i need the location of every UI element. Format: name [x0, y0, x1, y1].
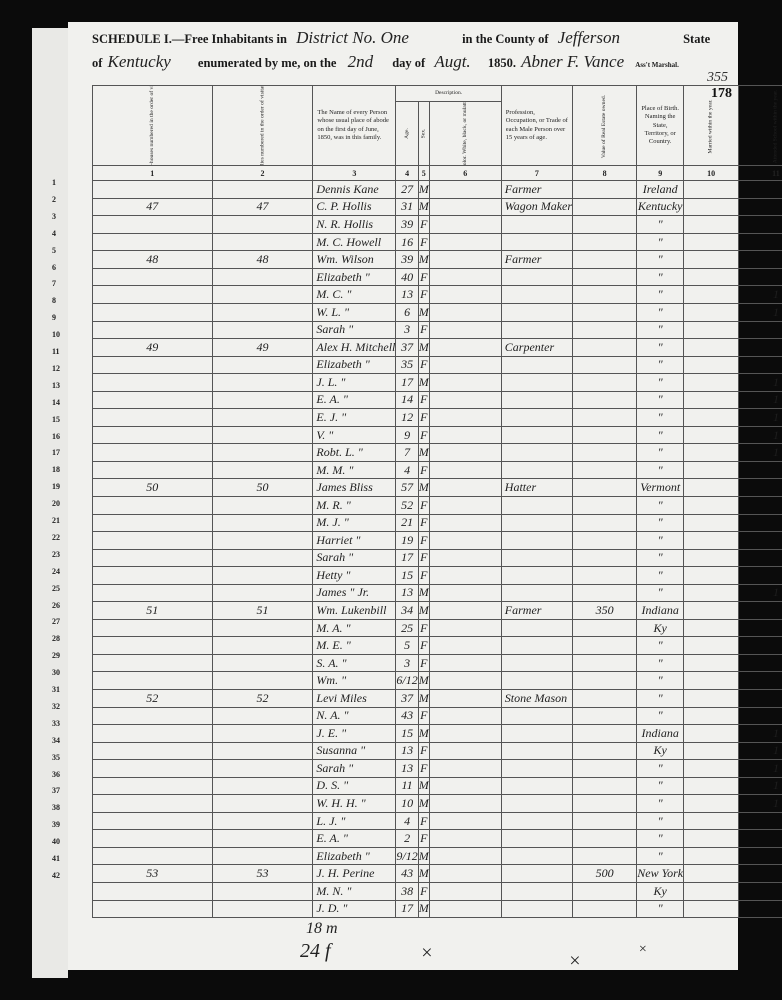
birthplace: " — [637, 900, 684, 918]
attended-school — [739, 233, 782, 251]
real-estate-value — [573, 374, 637, 392]
family-number — [212, 654, 313, 672]
column-number: 7 — [501, 166, 572, 181]
person-name: Elizabeth " — [313, 268, 396, 286]
attended-school — [739, 619, 782, 637]
birthplace: " — [637, 567, 684, 585]
color — [429, 479, 501, 497]
tally-mark: × — [568, 950, 582, 973]
sex: F — [418, 760, 429, 778]
person-name: Wm. Wilson — [313, 251, 396, 269]
strip-line-number: 9 — [52, 313, 56, 322]
strip-line-number: 36 — [52, 770, 60, 779]
occupation — [501, 567, 572, 585]
occupation — [501, 883, 572, 901]
age: 13 — [396, 584, 418, 602]
dwelling-number: 53 — [93, 865, 213, 883]
birthplace: " — [637, 549, 684, 567]
color — [429, 303, 501, 321]
married — [684, 461, 739, 479]
family-number — [212, 444, 313, 462]
females-tally: 24 f — [300, 940, 331, 963]
attended-school: 1 — [739, 777, 782, 795]
family-number — [212, 549, 313, 567]
age: 25 — [396, 619, 418, 637]
age: 43 — [396, 707, 418, 725]
birthplace: " — [637, 444, 684, 462]
sex: M — [418, 900, 429, 918]
birthplace: " — [637, 233, 684, 251]
birthplace: " — [637, 268, 684, 286]
attended-school — [739, 812, 782, 830]
birthplace: " — [637, 812, 684, 830]
occupation: Wagon Maker — [501, 198, 572, 216]
real-estate-value — [573, 233, 637, 251]
sex: M — [418, 689, 429, 707]
age: 43 — [396, 865, 418, 883]
person-name: S. A. " — [313, 654, 396, 672]
person-name: Sarah " — [313, 760, 396, 778]
color — [429, 268, 501, 286]
person-name: James " Jr. — [313, 584, 396, 602]
birthplace: " — [637, 409, 684, 427]
sex: F — [418, 286, 429, 304]
census-row: Sarah "3F"9 — [93, 321, 782, 339]
color — [429, 496, 501, 514]
real-estate-value — [573, 198, 637, 216]
strip-line-number: 19 — [52, 482, 60, 491]
person-name: Levi Miles — [313, 689, 396, 707]
married — [684, 654, 739, 672]
age: 21 — [396, 514, 418, 532]
real-estate-value — [573, 742, 637, 760]
sex: M — [418, 602, 429, 620]
col-occupation-header: Profession, Occupation, or Trade of each… — [501, 86, 572, 166]
person-name: Wm. " — [313, 672, 396, 690]
column-number: 3 — [313, 166, 396, 181]
family-number — [212, 567, 313, 585]
family-number — [212, 725, 313, 743]
family-number: 53 — [212, 865, 313, 883]
real-estate-value — [573, 268, 637, 286]
occupation — [501, 321, 572, 339]
column-number: 4 — [396, 166, 418, 181]
married — [684, 233, 739, 251]
attended-school: 1 — [739, 760, 782, 778]
person-name: J. E. " — [313, 725, 396, 743]
age: 37 — [396, 339, 418, 357]
census-row: L. J. "4F"37 — [93, 812, 782, 830]
birthplace: " — [637, 339, 684, 357]
col-school-header: Attended School within the year. — [739, 86, 782, 166]
married — [684, 514, 739, 532]
birthplace: " — [637, 760, 684, 778]
occupation — [501, 356, 572, 374]
birthplace: " — [637, 286, 684, 304]
dwelling-number — [93, 496, 213, 514]
sex: F — [418, 268, 429, 286]
person-name: M. J. " — [313, 514, 396, 532]
person-name: D. S. " — [313, 777, 396, 795]
dwelling-number — [93, 549, 213, 567]
occupation — [501, 637, 572, 655]
age: 2 — [396, 830, 418, 848]
dwelling-number — [93, 321, 213, 339]
census-row: Wm. "6/12M"29 — [93, 672, 782, 690]
sex: M — [418, 181, 429, 199]
strip-line-number: 2 — [52, 195, 56, 204]
attended-school — [739, 321, 782, 339]
real-estate-value — [573, 672, 637, 690]
occupation — [501, 286, 572, 304]
person-name: L. J. " — [313, 812, 396, 830]
color — [429, 461, 501, 479]
married — [684, 619, 739, 637]
age: 17 — [396, 549, 418, 567]
attended-school: 1 — [739, 303, 782, 321]
married — [684, 339, 739, 357]
sex: F — [418, 549, 429, 567]
attended-school — [739, 847, 782, 865]
dwelling-number — [93, 374, 213, 392]
age: 9 — [396, 426, 418, 444]
color — [429, 795, 501, 813]
person-name: Elizabeth " — [313, 847, 396, 865]
census-row: Dennis Kane27MFarmerIreland1 — [93, 181, 782, 199]
color — [429, 567, 501, 585]
attended-school — [739, 602, 782, 620]
dwelling-number — [93, 883, 213, 901]
dwelling-number — [93, 356, 213, 374]
census-row: M. N. "38FKy41 — [93, 883, 782, 901]
strip-line-number: 35 — [52, 753, 60, 762]
age: 17 — [396, 900, 418, 918]
occupation — [501, 760, 572, 778]
real-estate-value — [573, 725, 637, 743]
real-estate-value — [573, 391, 637, 409]
color — [429, 251, 501, 269]
person-name: J. D. " — [313, 900, 396, 918]
dwelling-number — [93, 777, 213, 795]
real-estate-value — [573, 321, 637, 339]
occupation — [501, 707, 572, 725]
married — [684, 707, 739, 725]
occupation — [501, 426, 572, 444]
sex: F — [418, 812, 429, 830]
sex: M — [418, 795, 429, 813]
sex: M — [418, 847, 429, 865]
real-estate-value — [573, 303, 637, 321]
person-name: J. H. Perine — [313, 865, 396, 883]
dwelling-number — [93, 742, 213, 760]
census-row: Elizabeth "9/12M"39 — [93, 847, 782, 865]
occupation — [501, 812, 572, 830]
census-row: E. J. "12F"114 — [93, 409, 782, 427]
person-name: M. E. " — [313, 637, 396, 655]
month: Augt. — [434, 52, 470, 71]
attended-school: 1 — [739, 409, 782, 427]
age: 10 — [396, 795, 418, 813]
strip-line-number: 30 — [52, 668, 60, 677]
color — [429, 426, 501, 444]
married — [684, 391, 739, 409]
attended-school: 1 — [739, 725, 782, 743]
tally-mark: × — [638, 942, 647, 958]
person-name: E. A. " — [313, 830, 396, 848]
dwelling-number — [93, 286, 213, 304]
dwelling-number: 52 — [93, 689, 213, 707]
col-age-header: Age. — [396, 101, 418, 166]
dwelling-number — [93, 567, 213, 585]
attended-school — [739, 883, 782, 901]
married — [684, 760, 739, 778]
strip-line-number: 29 — [52, 651, 60, 660]
stamp-number: 355 — [707, 70, 728, 86]
strip-line-number: 11 — [52, 347, 60, 356]
sex: F — [418, 567, 429, 585]
age: 31 — [396, 198, 418, 216]
column-number: 6 — [429, 166, 501, 181]
occupation — [501, 900, 572, 918]
age: 11 — [396, 777, 418, 795]
dwelling-number: 48 — [93, 251, 213, 269]
birthplace: " — [637, 426, 684, 444]
age: 16 — [396, 233, 418, 251]
attended-school — [739, 356, 782, 374]
age: 14 — [396, 391, 418, 409]
real-estate-value — [573, 461, 637, 479]
birthplace: " — [637, 374, 684, 392]
real-estate-value — [573, 426, 637, 444]
column-numbers-row: 12345678910111213 — [93, 166, 782, 181]
birthplace: Ky — [637, 883, 684, 901]
color — [429, 339, 501, 357]
attended-school — [739, 707, 782, 725]
birthplace: Ky — [637, 619, 684, 637]
sex: F — [418, 461, 429, 479]
real-estate-value — [573, 900, 637, 918]
person-name: M. C. " — [313, 286, 396, 304]
attended-school — [739, 567, 782, 585]
married — [684, 321, 739, 339]
family-number — [212, 619, 313, 637]
sex: F — [418, 321, 429, 339]
strip-line-number: 10 — [52, 330, 60, 339]
occupation: Farmer — [501, 181, 572, 199]
color — [429, 725, 501, 743]
color — [429, 760, 501, 778]
age: 9/12 — [396, 847, 418, 865]
census-row: M. C. "13F"17 — [93, 286, 782, 304]
age: 27 — [396, 181, 418, 199]
married — [684, 602, 739, 620]
real-estate-value — [573, 286, 637, 304]
census-table: Dwelling-houses numbered in the order of… — [92, 85, 782, 918]
married — [684, 865, 739, 883]
age: 4 — [396, 812, 418, 830]
sex: F — [418, 233, 429, 251]
color — [429, 865, 501, 883]
occupation — [501, 654, 572, 672]
real-estate-value — [573, 496, 637, 514]
occupation — [501, 496, 572, 514]
birthplace: Ky — [637, 742, 684, 760]
occupation — [501, 672, 572, 690]
strip-line-number: 5 — [52, 246, 56, 255]
occupation — [501, 409, 572, 427]
census-row: 5050James Bliss57MHatterVermont18 — [93, 479, 782, 497]
birthplace: Vermont — [637, 479, 684, 497]
marshal-name: Abner F. Vance — [521, 52, 624, 71]
real-estate-value — [573, 760, 637, 778]
age: 35 — [396, 356, 418, 374]
strip-line-number: 22 — [52, 533, 60, 542]
occupation: Farmer — [501, 602, 572, 620]
description-header: Description. — [396, 86, 501, 102]
census-row: M. J. "21F"20 — [93, 514, 782, 532]
age: 13 — [396, 286, 418, 304]
family-number — [212, 426, 313, 444]
real-estate-value — [573, 409, 637, 427]
attended-school — [739, 251, 782, 269]
family-number — [212, 374, 313, 392]
dwelling-number — [93, 619, 213, 637]
census-row: Hetty "15F"23 — [93, 567, 782, 585]
attended-school: 1 — [739, 584, 782, 602]
header-line-1: SCHEDULE I.—Free Inhabitants in District… — [92, 28, 710, 48]
census-row: 4848Wm. Wilson39MFarmer"5 — [93, 251, 782, 269]
attended-school: 1 — [739, 444, 782, 462]
family-number — [212, 233, 313, 251]
census-row: Robt. L. "7M"116 — [93, 444, 782, 462]
sex: M — [418, 198, 429, 216]
occupation — [501, 514, 572, 532]
married — [684, 637, 739, 655]
real-estate-value: 350 — [573, 602, 637, 620]
county: Jefferson — [558, 28, 620, 47]
birthplace: " — [637, 847, 684, 865]
dwelling-number — [93, 426, 213, 444]
married — [684, 444, 739, 462]
real-estate-value — [573, 479, 637, 497]
census-row: Elizabeth "40F"6 — [93, 268, 782, 286]
column-number: 5 — [418, 166, 429, 181]
attended-school — [739, 496, 782, 514]
occupation: Hatter — [501, 479, 572, 497]
color — [429, 654, 501, 672]
person-name: James Bliss — [313, 479, 396, 497]
sex: M — [418, 339, 429, 357]
married — [684, 689, 739, 707]
attended-school — [739, 672, 782, 690]
family-number — [212, 584, 313, 602]
person-name: Dennis Kane — [313, 181, 396, 199]
dwelling-number: 47 — [93, 198, 213, 216]
dwelling-number — [93, 760, 213, 778]
real-estate-value — [573, 584, 637, 602]
census-row: M. A. "25FKy26 — [93, 619, 782, 637]
dwelling-number — [93, 725, 213, 743]
occupation — [501, 461, 572, 479]
strip-line-number: 42 — [52, 871, 60, 880]
dwelling-number — [93, 409, 213, 427]
person-name: Sarah " — [313, 321, 396, 339]
color — [429, 637, 501, 655]
family-number — [212, 637, 313, 655]
dwelling-number — [93, 444, 213, 462]
strip-line-number: 1 — [52, 178, 56, 187]
attended-school — [739, 181, 782, 199]
birthplace: " — [637, 795, 684, 813]
real-estate-value — [573, 567, 637, 585]
birthplace: Kentucky — [637, 198, 684, 216]
occupation: Farmer — [501, 251, 572, 269]
sex: F — [418, 496, 429, 514]
strip-line-number: 24 — [52, 567, 60, 576]
married — [684, 567, 739, 585]
person-name: E. A. " — [313, 391, 396, 409]
strip-line-number: 6 — [52, 263, 56, 272]
color — [429, 374, 501, 392]
sex: F — [418, 216, 429, 234]
census-row: Sarah "17F"22 — [93, 549, 782, 567]
married — [684, 883, 739, 901]
birthplace: " — [637, 216, 684, 234]
color — [429, 689, 501, 707]
census-row: E. A. "2F"38 — [93, 830, 782, 848]
attended-school — [739, 216, 782, 234]
age: 52 — [396, 496, 418, 514]
person-name: W. L. " — [313, 303, 396, 321]
strip-line-number: 16 — [52, 432, 60, 441]
married — [684, 795, 739, 813]
column-number: 2 — [212, 166, 313, 181]
occupation — [501, 549, 572, 567]
strip-line-number: 33 — [52, 719, 60, 728]
family-number — [212, 707, 313, 725]
attended-school — [739, 549, 782, 567]
census-row: D. S. "11M"135 — [93, 777, 782, 795]
sex: M — [418, 777, 429, 795]
district: District No. One — [296, 28, 409, 47]
color — [429, 584, 501, 602]
census-row: W. H. H. "10M"136 — [93, 795, 782, 813]
col-family-header: Families numbered in the order of visita… — [212, 86, 313, 166]
column-number: 10 — [684, 166, 739, 181]
family-number: 50 — [212, 479, 313, 497]
census-row: M. M. "4F"17 — [93, 461, 782, 479]
dwelling-number — [93, 391, 213, 409]
age: 40 — [396, 268, 418, 286]
attended-school: 1 — [739, 426, 782, 444]
family-number — [212, 883, 313, 901]
family-number — [212, 286, 313, 304]
color — [429, 216, 501, 234]
occupation — [501, 444, 572, 462]
census-row: Harriet "19F"21 — [93, 532, 782, 550]
strip-line-number: 38 — [52, 803, 60, 812]
married — [684, 584, 739, 602]
dwelling-number — [93, 216, 213, 234]
family-number: 47 — [212, 198, 313, 216]
strip-line-number: 18 — [52, 465, 60, 474]
strip-line-number: 3 — [52, 212, 56, 221]
birthplace: Indiana — [637, 725, 684, 743]
age: 37 — [396, 689, 418, 707]
person-name: Wm. Lukenbill — [313, 602, 396, 620]
day: 2nd — [348, 52, 374, 71]
person-name: M. N. " — [313, 883, 396, 901]
